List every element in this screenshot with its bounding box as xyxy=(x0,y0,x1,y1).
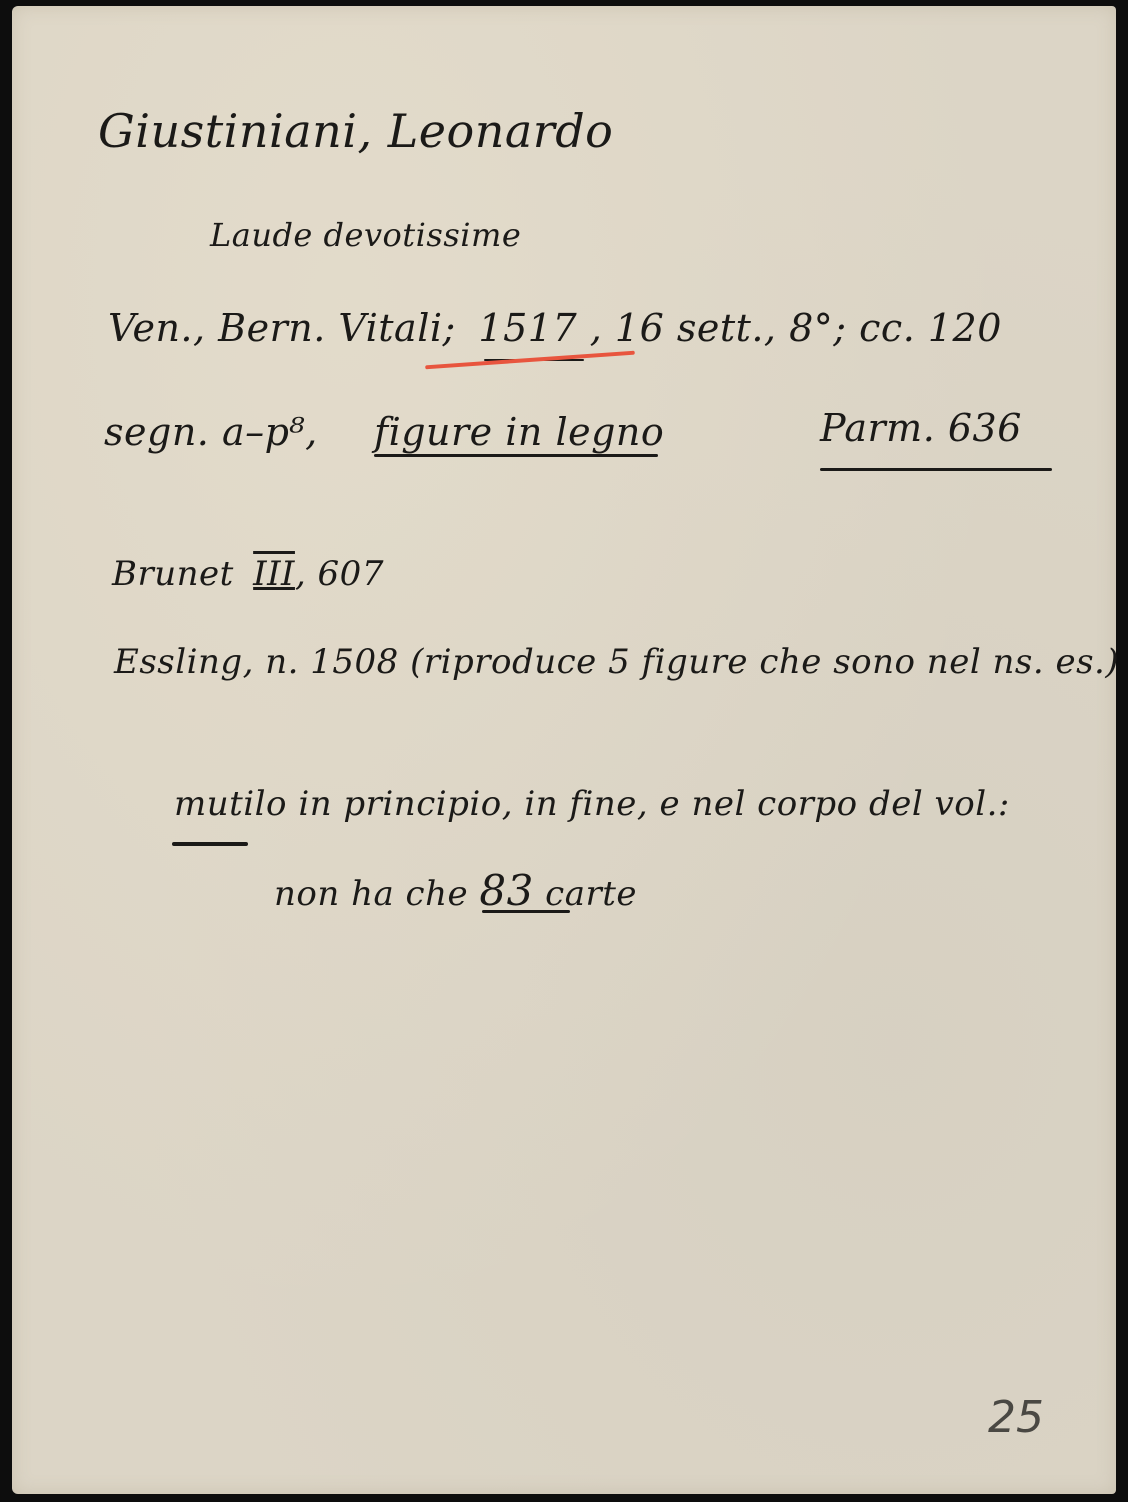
note-mutilo: mutilo xyxy=(174,784,287,824)
imprint-rest: , 16 sett., 8°; cc. 120 xyxy=(590,306,1002,350)
work-title: Laude devotissime xyxy=(210,216,521,254)
reference-essling: Essling, n. 1508 (riproduce 5 figure che… xyxy=(114,642,1119,682)
note-line2-suffix: carte xyxy=(534,874,637,914)
collation-illustrations: figure in legno xyxy=(374,410,664,454)
reference-volume: III xyxy=(253,554,295,594)
author-heading: Giustiniani, Leonardo xyxy=(98,104,613,158)
reference-brunet: Brunet III, 607 xyxy=(112,554,384,594)
mutilo-underline xyxy=(172,842,248,846)
collation-signatures: segn. a–p⁸, xyxy=(104,410,318,454)
year-red-underline xyxy=(425,351,635,370)
reference-source: Brunet xyxy=(112,554,234,594)
count-underline xyxy=(482,910,570,913)
illustrations-underline xyxy=(374,454,658,457)
note-line-1: mutilo in principio, in fine, e nel corp… xyxy=(174,784,1010,824)
folio-number: 25 xyxy=(988,1392,1044,1443)
note-line-2: non ha che 83 carte xyxy=(274,866,637,915)
note-line1-rest: in principio, in fine, e nel corpo del v… xyxy=(287,784,1010,824)
reference-page: , 607 xyxy=(295,554,384,594)
note-line2-prefix: non ha che xyxy=(274,874,479,914)
imprint-place-printer: Ven., Bern. Vitali; xyxy=(108,306,456,350)
note-leaf-count: 83 xyxy=(479,866,533,915)
shelfmark: Parm. 636 xyxy=(820,406,1022,450)
catalog-card: Giustiniani, Leonardo Laude devotissime … xyxy=(12,6,1116,1494)
imprint-line: Ven., Bern. Vitali; 1517 , 16 sett., 8°;… xyxy=(108,306,1002,350)
shelfmark-underline xyxy=(820,468,1052,471)
imprint-year: 1517 xyxy=(478,306,577,350)
